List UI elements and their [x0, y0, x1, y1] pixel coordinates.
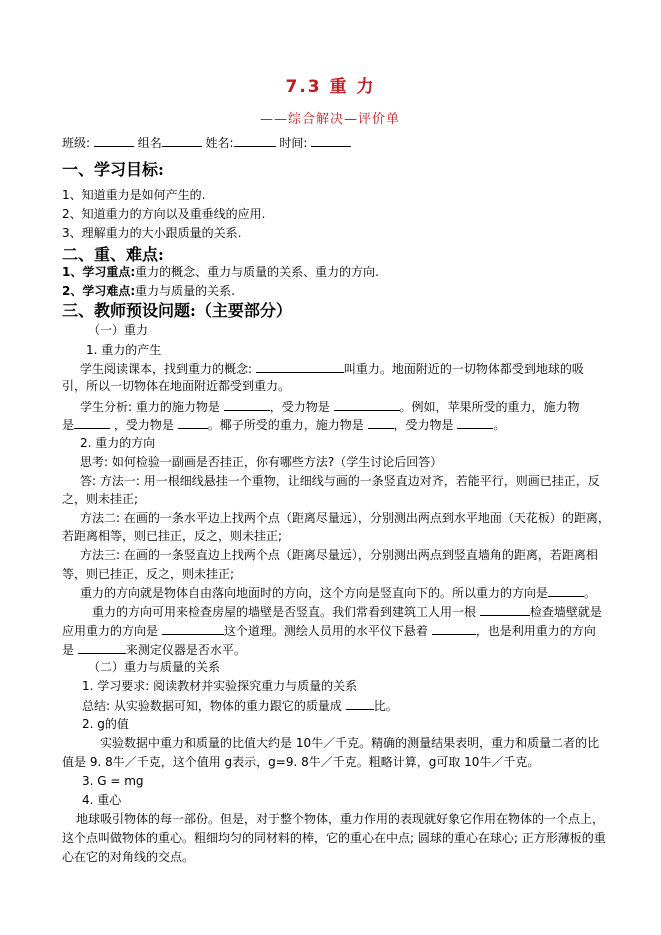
text: 重力的方向就是物体自由落向地面时的方向，这个方向是竖直向下的。所以重力的方向是	[80, 586, 548, 600]
difficult-point-text: 重力与质量的关系.	[135, 284, 235, 298]
apple-exerter-blank[interactable]	[74, 416, 110, 429]
level-weight-blank[interactable]	[432, 622, 476, 635]
part2-title: （二）重力与质量的关系	[88, 659, 220, 675]
p2-direction: 重力的方向就是物体自由落向地面时的方向，这个方向是竖直向下的。所以重力的方向是。	[80, 584, 596, 601]
text: 。例如，苹果所受的重力，施力物	[400, 400, 580, 414]
text: 比。	[374, 699, 398, 713]
name-blank[interactable]	[234, 134, 276, 147]
text: 学生阅读课本，找到重力的概念:	[80, 362, 252, 376]
text: 。	[584, 586, 596, 600]
text: 。椰子所受的重力，施力物是	[208, 418, 364, 432]
q1-summary: 总结: 从实验数据可知，物体的重力跟它的质量成 比。	[82, 697, 398, 714]
text: 来测定仪器是否水平。	[126, 643, 246, 657]
text: 这个道理。测绘人员用的水平仪下悬着	[224, 624, 428, 638]
text: 是	[62, 418, 74, 432]
q2-title: 2. g的值	[82, 716, 129, 732]
proportion-blank[interactable]	[346, 697, 374, 710]
concept-blank[interactable]	[256, 360, 344, 373]
coconut-receiver-blank[interactable]	[457, 416, 493, 429]
difficult-point-line: 2、学习难点:重力与质量的关系.	[62, 283, 235, 299]
q2-line2: 值是 9. 8牛／千克，这个值用 g表示，g=9. 8牛／千克。粗略计算，g可取…	[62, 754, 539, 770]
level-check-blank[interactable]	[78, 641, 126, 654]
text: ，受力物是	[114, 418, 174, 432]
text: 叫重力。地面附近的一切物体都受到地球的吸	[344, 362, 584, 376]
q4-line2: 这个点叫做物体的重心。粗细均匀的同材料的棒，它的重心在中点; 圆球的重心在球心;…	[62, 830, 606, 846]
document-page: 7.3 重 力 ——综合解决—评价单 班级: 组名 姓名: 时间: 一、学习目标…	[0, 0, 661, 935]
text: ，受力物是	[270, 400, 330, 414]
p2-title: 2. 重力的方向	[80, 435, 155, 451]
group-label: 组名	[138, 136, 162, 150]
section-heading-questions: 三、教师预设问题:（主要部分）	[62, 298, 292, 321]
goal-item: 2、知道重力的方向以及重垂线的应用.	[62, 206, 265, 222]
apple-receiver-blank[interactable]	[178, 416, 208, 429]
p1-line1: 学生阅读课本，找到重力的概念: 叫重力。地面附近的一切物体都受到地球的吸	[80, 360, 584, 377]
info-line: 班级: 组名 姓名: 时间:	[62, 134, 351, 151]
q3-formula: 3. G = mg	[82, 773, 144, 789]
name-label: 姓名:	[206, 136, 234, 150]
text: 检查墙壁就是	[530, 605, 602, 619]
text: ，也是利用重力的方向	[476, 624, 596, 638]
q1-requirement: 1. 学习要求: 阅读教材并实验探究重力与质量的关系	[82, 678, 357, 694]
text: 重力的方向可用来检查房屋的墙壁是否竖直。我们常看到建筑工人用一根	[92, 605, 476, 619]
force-receiver-blank[interactable]	[334, 398, 400, 411]
p2-method2-a: 方法二: 在画的一条水平边上找两个点（距离尽量远），分别测出两点到水平地面（天花…	[80, 510, 610, 526]
text: 。	[493, 418, 505, 432]
key-point-text: 重力的概念、重力与质量的关系、重力的方向.	[135, 265, 379, 279]
coconut-exerter-blank[interactable]	[368, 416, 394, 429]
part1-title: （一）重力	[88, 322, 148, 338]
p1-line3: 学生分析: 重力的施力物是 ，受力物是 。例如，苹果所受的重力，施力物	[80, 398, 580, 415]
difficult-point-label: 2、学习难点:	[62, 284, 135, 298]
p1-line4: 是 ，受力物是 。椰子所受的重力，施力物是 ，受力物是 。	[62, 416, 505, 433]
direction-blank[interactable]	[548, 584, 584, 597]
q4-line3: 心在它的对角线的交点。	[62, 849, 194, 865]
text: 是	[62, 643, 74, 657]
p2-method3-a: 方法三: 在画的一条竖直边上找两个点（距离尽量远），分别测出两点到竖直墙角的距离…	[80, 547, 598, 563]
principle-blank[interactable]	[162, 622, 224, 635]
goal-item: 3、理解重力的大小跟质量的关系.	[62, 225, 241, 241]
document-subtitle: ——综合解决—评价单	[200, 108, 460, 127]
text: 总结: 从实验数据可知，物体的重力跟它的质量成	[82, 699, 342, 713]
group-blank[interactable]	[162, 134, 202, 147]
force-exerter-blank[interactable]	[224, 398, 270, 411]
text: ，受力物是	[394, 418, 454, 432]
p2-use-line3: 是 来测定仪器是否水平。	[62, 641, 246, 658]
q4-line1: 地球吸引物体的每一部份。但是，对于整个物体，重力作用的表现就好象它作用在物体的一…	[76, 811, 604, 827]
p2-method1-b: 之，则未挂正;	[62, 491, 138, 507]
p2-think: 思考: 如何检验一副画是否挂正，你有哪些方法?（学生讨论后回答）	[80, 454, 442, 470]
section-heading-keypoints: 二、重、难点:	[62, 242, 164, 265]
document-title: 7.3 重 力	[0, 72, 661, 97]
key-point-line: 1、学习重点:重力的概念、重力与质量的关系、重力的方向.	[62, 264, 379, 280]
time-label: 时间:	[279, 136, 307, 150]
q2-line1: 实验数据中重力和质量的比值大约是 10牛／千克。精确的测量结果表明，重力和质量二…	[100, 735, 599, 751]
text: 学生分析: 重力的施力物是	[80, 400, 220, 414]
class-blank[interactable]	[94, 134, 134, 147]
p2-use-line2: 应用重力的方向是 这个道理。测绘人员用的水平仪下悬着 ，也是利用重力的方向	[62, 622, 596, 639]
p2-method1-a: 答: 方法一: 用一根细线悬挂一个重物，让细线与画的一条竖直边对齐，若能平行，则…	[80, 473, 600, 489]
section-heading-goals: 一、学习目标:	[62, 157, 164, 180]
p1-title: 1. 重力的产生	[86, 342, 161, 358]
class-label: 班级:	[62, 136, 90, 150]
goal-item: 1、知道重力是如何产生的.	[62, 187, 205, 203]
p2-method3-b: 等，则已挂正，反之，则未挂正;	[62, 566, 234, 582]
key-point-label: 1、学习重点:	[62, 265, 135, 279]
time-blank[interactable]	[311, 134, 351, 147]
q4-title: 4. 重心	[82, 792, 121, 808]
p2-method2-b: 若距离相等，则已挂正，反之，则未挂正;	[62, 528, 282, 544]
p1-line2: 引，所以一切物体在地面附近都受到重力。	[62, 378, 290, 394]
plumb-line-blank[interactable]	[480, 603, 530, 616]
text: 应用重力的方向是	[62, 624, 158, 638]
p2-use-line1: 重力的方向可用来检查房屋的墙壁是否竖直。我们常看到建筑工人用一根 检查墙壁就是	[92, 603, 602, 620]
